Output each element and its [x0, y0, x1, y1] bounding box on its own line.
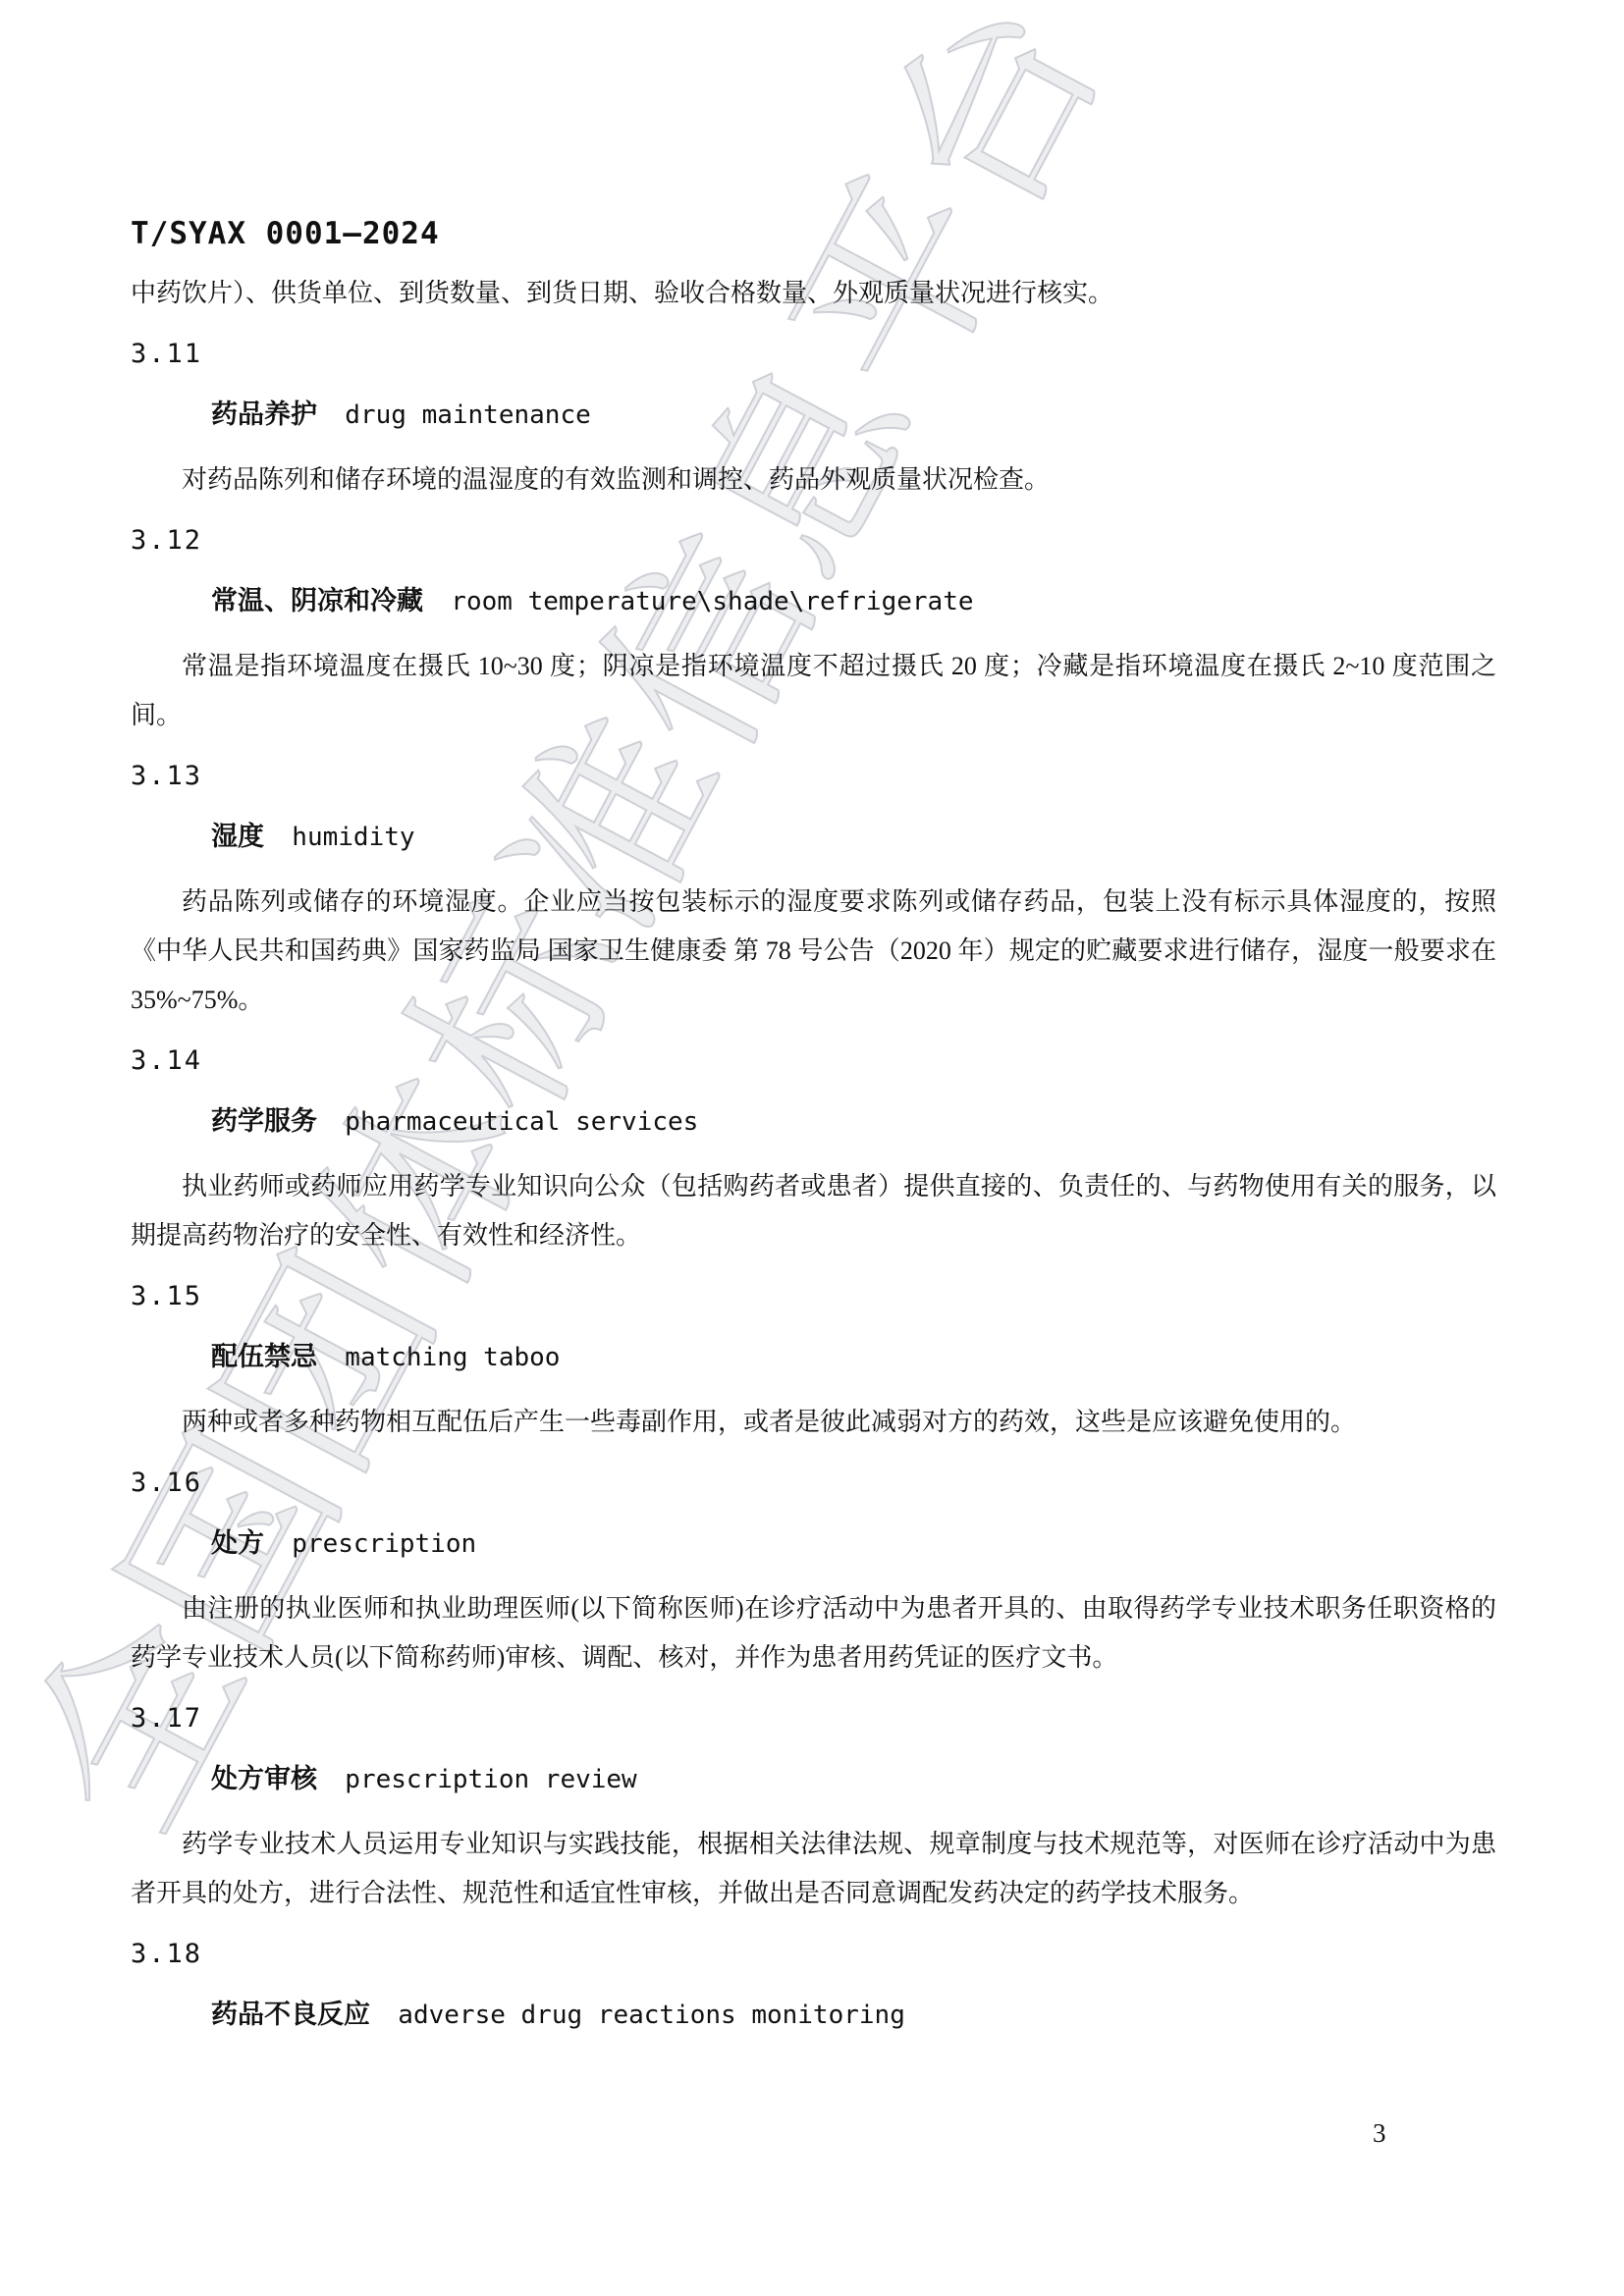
intro-paragraph: 中药饮片）、供货单位、到货数量、到货日期、验收合格数量、外观质量状况进行核实。 — [131, 269, 1496, 318]
term-chinese: 药学服务 — [211, 1106, 317, 1137]
section-3-13: 3.13 湿度 humidity 药品陈列或储存的环境湿度。企业应当按包装标示的… — [131, 752, 1496, 1025]
term-english: adverse drug reactions monitoring — [398, 2001, 905, 2030]
term-line: 药品养护 drug maintenance — [211, 391, 1496, 444]
definition-paragraph: 对药品陈列和储存环境的温湿度的有效监测和调控、药品外观质量状况检查。 — [131, 455, 1496, 505]
term-chinese: 药品养护 — [211, 400, 317, 430]
term-chinese: 常温、阴凉和冷藏 — [211, 586, 423, 616]
section-number: 3.13 — [131, 752, 1496, 801]
definition-paragraph: 药品陈列或储存的环境湿度。企业应当按包装标示的湿度要求陈列或储存药品，包装上没有… — [131, 878, 1496, 1025]
term-line: 湿度 humidity — [211, 813, 1496, 866]
term-line: 配伍禁忌 matching taboo — [211, 1333, 1496, 1386]
definition-paragraph: 常温是指环境温度在摄氏 10~30 度；阴凉是指环境温度不超过摄氏 20 度；冷… — [131, 642, 1496, 740]
document-page: 全国团体标准信息平台 T/SYAX 0001—2024 中药饮片）、供货单位、到… — [0, 0, 1624, 2296]
page-content: T/SYAX 0001—2024 中药饮片）、供货单位、到货数量、到货日期、验收… — [0, 0, 1624, 2044]
section-number: 3.18 — [131, 1930, 1496, 1979]
term-english: drug maintenance — [345, 400, 590, 430]
section-number: 3.12 — [131, 516, 1496, 565]
section-number: 3.15 — [131, 1272, 1496, 1321]
definition-paragraph: 执业药师或药师应用药学专业知识向公众（包括购药者或患者）提供直接的、负责任的、与… — [131, 1162, 1496, 1260]
term-chinese: 药品不良反应 — [211, 2000, 370, 2030]
term-line: 常温、阴凉和冷藏 room temperature\shade\refriger… — [211, 577, 1496, 630]
section-3-17: 3.17 处方审核 prescription review 药学专业技术人员运用… — [131, 1694, 1496, 1918]
term-english: pharmaceutical services — [345, 1107, 698, 1137]
term-english: humidity — [292, 823, 414, 852]
term-chinese: 处方 — [211, 1528, 264, 1559]
term-chinese: 湿度 — [211, 822, 264, 852]
term-line: 药品不良反应 adverse drug reactions monitoring — [211, 1991, 1496, 2044]
section-number: 3.16 — [131, 1459, 1496, 1508]
term-line: 处方审核 prescription review — [211, 1755, 1496, 1808]
term-english: room temperature\shade\refrigerate — [451, 587, 973, 616]
term-english: prescription — [292, 1529, 476, 1559]
term-line: 药学服务 pharmaceutical services — [211, 1097, 1496, 1150]
definition-paragraph: 药学专业技术人员运用专业知识与实践技能，根据相关法律法规、规章制度与技术规范等，… — [131, 1820, 1496, 1918]
section-3-15: 3.15 配伍禁忌 matching taboo 两种或者多种药物相互配伍后产生… — [131, 1272, 1496, 1447]
definition-paragraph: 两种或者多种药物相互配伍后产生一些毒副作用，或者是彼此减弱对方的药效，这些是应该… — [131, 1398, 1496, 1447]
term-chinese: 处方审核 — [211, 1764, 317, 1794]
section-3-11: 3.11 药品养护 drug maintenance 对药品陈列和储存环境的温湿… — [131, 330, 1496, 505]
term-english: prescription review — [345, 1765, 636, 1794]
term-chinese: 配伍禁忌 — [211, 1342, 317, 1372]
standard-number-header: T/SYAX 0001—2024 — [131, 208, 1496, 259]
section-number: 3.11 — [131, 330, 1496, 379]
section-number: 3.14 — [131, 1037, 1496, 1086]
section-number: 3.17 — [131, 1694, 1496, 1743]
section-3-12: 3.12 常温、阴凉和冷藏 room temperature\shade\ref… — [131, 516, 1496, 740]
term-english: matching taboo — [345, 1343, 560, 1372]
page-number: 3 — [1373, 2109, 1386, 2158]
section-3-14: 3.14 药学服务 pharmaceutical services 执业药师或药… — [131, 1037, 1496, 1260]
definition-paragraph: 由注册的执业医师和执业助理医师(以下简称医师)在诊疗活动中为患者开具的、由取得药… — [131, 1584, 1496, 1682]
section-3-18: 3.18 药品不良反应 adverse drug reactions monit… — [131, 1930, 1496, 2044]
term-line: 处方 prescription — [211, 1520, 1496, 1573]
section-3-16: 3.16 处方 prescription 由注册的执业医师和执业助理医师(以下简… — [131, 1459, 1496, 1682]
